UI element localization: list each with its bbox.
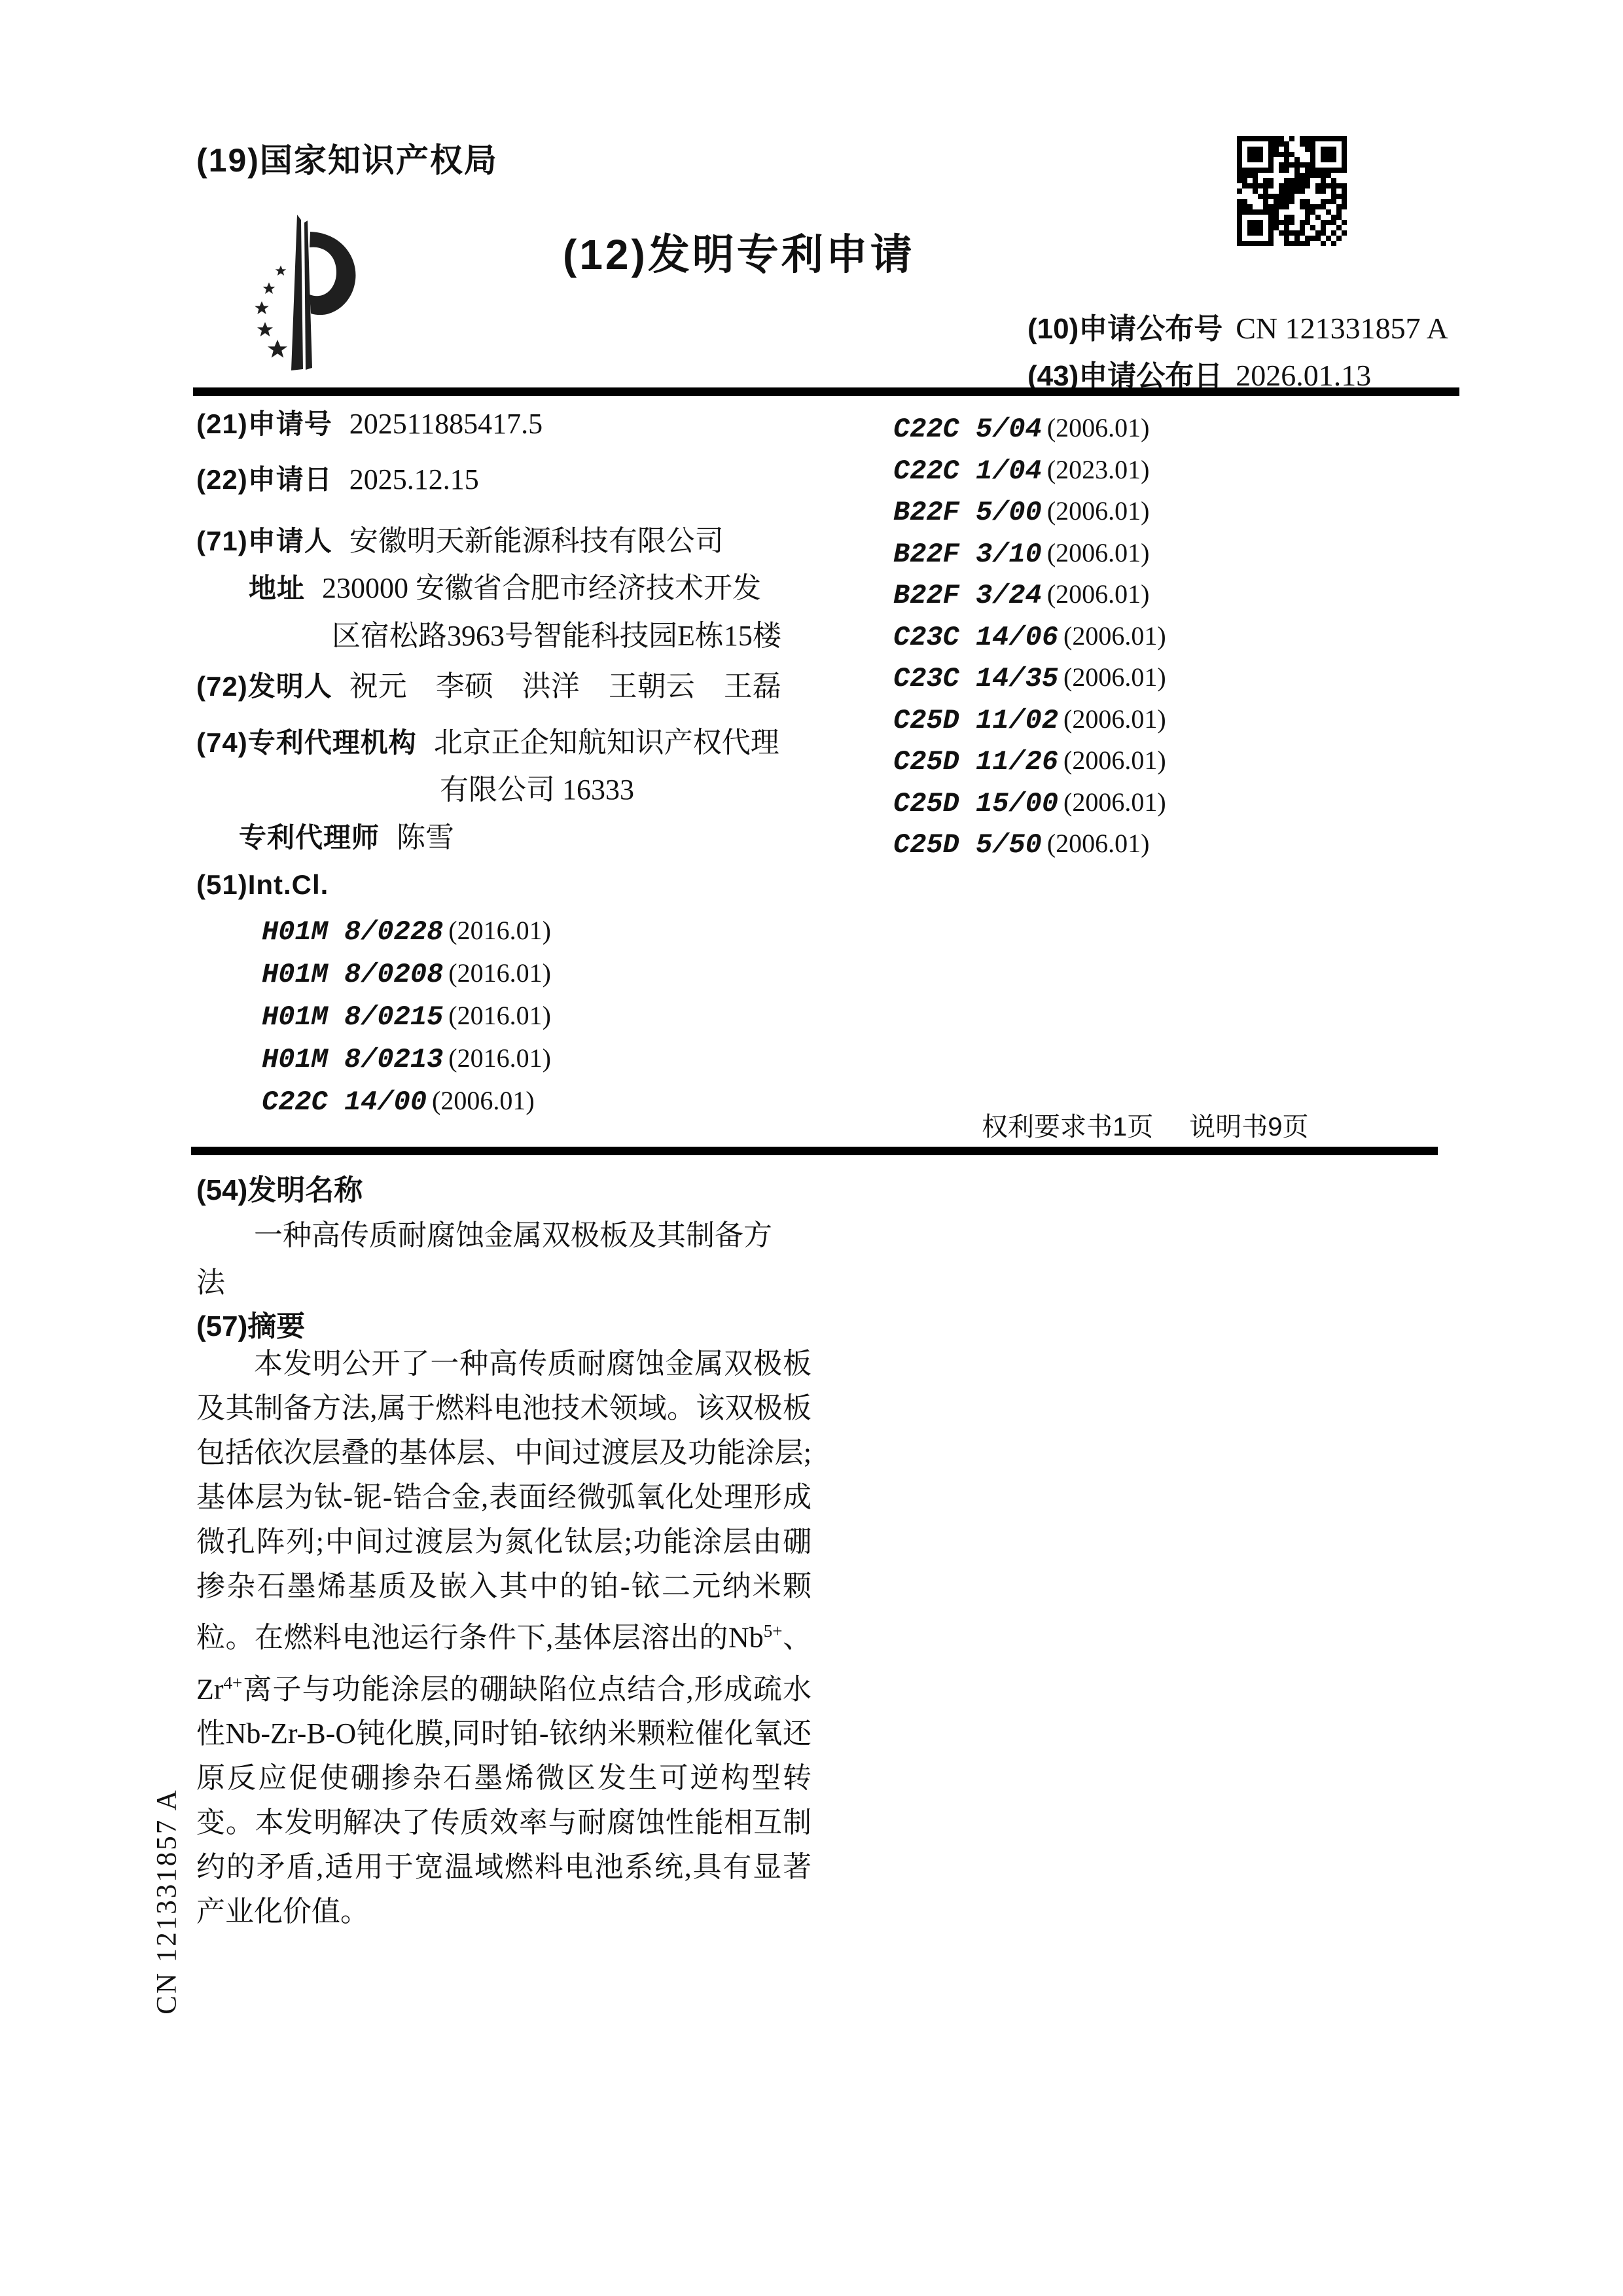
ipc-year: (2006.01) [1063,662,1166,692]
applicant-label: (71)申请人 [196,526,332,556]
ipc-entry: C25D 11/26(2006.01) [893,745,1166,778]
side-publication-code: CN 121331857 A [151,1788,183,2014]
address-line2: 区宿松路3963号智能科技园E栋15楼 [332,612,781,654]
publication-number-value: CN 121331857 A [1236,312,1448,345]
ipc-year: (2023.01) [1047,455,1150,484]
abstract-part: 本发明公开了一种高传质耐腐蚀金属双极板及其制备方法,属于燃料电池技术领域。该双极… [196,1348,811,1654]
ipc-entry: H01M 8/0213(2016.01) [262,1043,551,1075]
publication-number-label: (10)申请公布号 [1027,313,1222,345]
ipc-entry: C23C 14/35(2006.01) [893,662,1166,694]
abstract-label: (57)摘要 [196,1302,305,1344]
application-date-label: (22)申请日 [196,464,332,495]
ipc-year: (2016.01) [448,958,551,988]
ipc-year: (2006.01) [1047,579,1150,609]
claims-pages: 权利要求书1页 [982,1113,1153,1141]
ipc-year: (2006.01) [1047,413,1150,442]
header-divider [193,387,1459,396]
ipc-code: B22F 5/00 [893,497,1042,528]
agent-row: 专利代理师陈雪 [239,814,454,855]
superscript-4plus: 4+ [224,1673,243,1693]
inventors-row: (72)发明人祝元 李硕 洪洋 王朝云 王磊 [196,662,781,704]
ipc-year: (2006.01) [1063,787,1166,817]
cnipa-logo-icon [237,215,371,374]
agent-value: 陈雪 [397,821,454,853]
qr-code [1237,136,1347,246]
ipc-code: C23C 14/35 [893,663,1058,694]
invention-title: 一种高传质耐腐蚀金属双极板及其制备方法 [196,1212,792,1306]
ipc-entry: C22C 14/00(2006.01) [262,1085,535,1118]
ipc-entry: H01M 8/0228(2016.01) [262,915,551,948]
ipc-entry: C22C 1/04(2023.01) [893,454,1149,487]
ipc-year: (2006.01) [1047,496,1150,526]
ipc-code: B22F 3/10 [893,539,1042,570]
application-number-row: (21)申请号202511885417.5 [196,403,543,442]
application-number-value: 202511885417.5 [349,408,543,440]
application-date-value: 2025.12.15 [349,463,479,495]
ipc-entry: C25D 5/50(2006.01) [893,828,1149,861]
ipc-code: C25D 11/02 [893,705,1058,736]
invention-title-label: (54)发明名称 [196,1166,363,1208]
superscript-5plus: 5+ [764,1621,783,1641]
ipc-code: B22F 3/24 [893,580,1042,611]
ipc-year: (2016.01) [448,916,551,945]
pages-info: 权利要求书1页说明书9页 [982,1106,1309,1143]
abstract-text: 本发明公开了一种高传质耐腐蚀金属双极板及其制备方法,属于燃料电池技术领域。该双极… [196,1342,811,1934]
ipc-code: H01M 8/0215 [262,1001,443,1033]
application-date-row: (22)申请日2025.12.15 [196,458,479,497]
ipc-year: (2006.01) [1063,704,1166,734]
ipc-code: C25D 5/50 [893,829,1042,861]
ipc-code: H01M 8/0213 [262,1044,443,1075]
agency-line2: 有限公司 16333 [440,766,634,808]
ipc-code: C25D 11/26 [893,746,1058,778]
application-number-label: (21)申请号 [196,408,332,439]
patent-front-page: (19)国家知识产权局 (12)发明专利申请 (10)申请公布号CN 12133… [0,0,1623,2296]
ipc-code: C22C 14/00 [262,1086,427,1118]
ipc-year: (2006.01) [432,1086,535,1115]
agency-line1: 北京正企知航知识产权代理 [434,726,779,759]
agency-label: (74)专利代理机构 [196,727,417,758]
agency-row: (74)专利代理机构北京正企知航知识产权代理 [196,719,779,761]
ipc-year: (2006.01) [1047,829,1150,858]
document-type-title: (12)发明专利申请 [563,221,915,281]
address-row: 地址230000 安徽省合肥市经济技术开发 [249,564,761,606]
ipc-year: (2006.01) [1063,745,1166,775]
ipc-entry: C22C 5/04(2006.01) [893,412,1149,445]
ipc-entry: H01M 8/0215(2016.01) [262,1000,551,1033]
address-line1: 230000 安徽省合肥市经济技术开发 [322,572,761,604]
applicant-row: (71)申请人安徽明天新能源科技有限公司 [196,517,724,559]
ipc-entry: B22F 3/24(2006.01) [893,579,1149,611]
ipc-entry: B22F 5/00(2006.01) [893,495,1149,528]
ipc-entry: C25D 15/00(2006.01) [893,787,1166,819]
ipc-year: (2016.01) [448,1043,551,1073]
ipc-year: (2006.01) [1047,538,1150,567]
inventors-label: (72)发明人 [196,671,332,702]
ipc-code: C22C 5/04 [893,414,1042,445]
abstract-part: 离子与功能涂层的硼缺陷位点结合,形成疏水性Nb-Zr-B-O钝化膜,同时铂-铱纳… [196,1673,811,1928]
ipc-code: C22C 1/04 [893,456,1042,487]
ipc-entry: B22F 3/10(2006.01) [893,537,1149,570]
ipc-code: H01M 8/0208 [262,959,443,990]
biblio-divider [191,1147,1438,1155]
address-label: 地址 [249,573,305,603]
ipc-code: C23C 14/06 [893,622,1058,653]
ipc-code: C25D 15/00 [893,788,1058,819]
ipc-section-label: (51)Int.Cl. [196,869,329,901]
ipc-entry: C23C 14/06(2006.01) [893,620,1166,653]
inventors-value: 祝元 李硕 洪洋 王朝云 王磊 [349,670,781,702]
applicant-value: 安徽明天新能源科技有限公司 [349,525,724,557]
ipc-year: (2016.01) [448,1001,551,1030]
description-pages: 说明书9页 [1189,1113,1308,1141]
ipc-year: (2006.01) [1063,621,1166,651]
logo-stars [255,266,287,358]
ipc-entry: H01M 8/0208(2016.01) [262,958,551,990]
ipc-entry: C25D 11/02(2006.01) [893,704,1166,736]
agent-label: 专利代理师 [239,822,380,853]
publishing-office: (19)国家知识产权局 [196,134,498,181]
publication-number-row: (10)申请公布号CN 121331857 A [1027,305,1448,347]
ipc-code: H01M 8/0228 [262,916,443,948]
